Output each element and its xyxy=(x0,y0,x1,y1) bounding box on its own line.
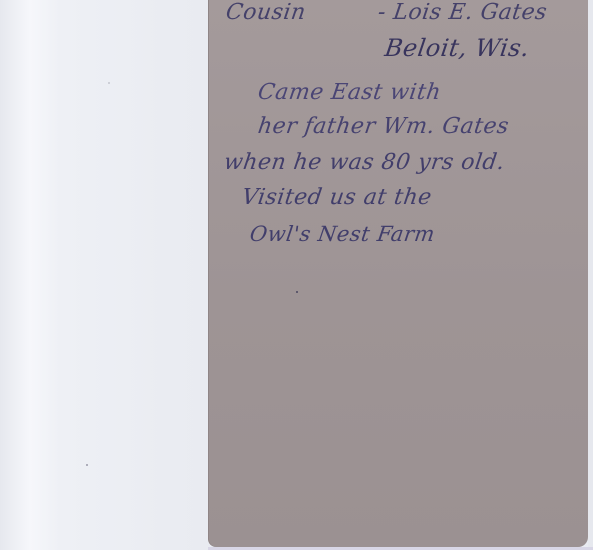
scan-speck xyxy=(86,464,88,466)
scanner-background-edge xyxy=(588,0,593,550)
scan-speck xyxy=(108,82,110,84)
card-header-relation: Cousin xyxy=(224,0,307,25)
card-body-line-4: Visited us at the xyxy=(240,185,433,210)
card-body-line-1: Came East with xyxy=(256,80,443,105)
card-header-name: - Lois E. Gates xyxy=(376,0,549,25)
card-body-line-3: when he was 80 yrs old. xyxy=(222,150,506,175)
card-body-line-5: Owl's Nest Farm xyxy=(248,222,436,246)
ink-speck xyxy=(296,291,298,293)
card-body-line-2: her father Wm. Gates xyxy=(256,114,510,139)
card-location: Beloit, Wis. xyxy=(383,34,531,62)
